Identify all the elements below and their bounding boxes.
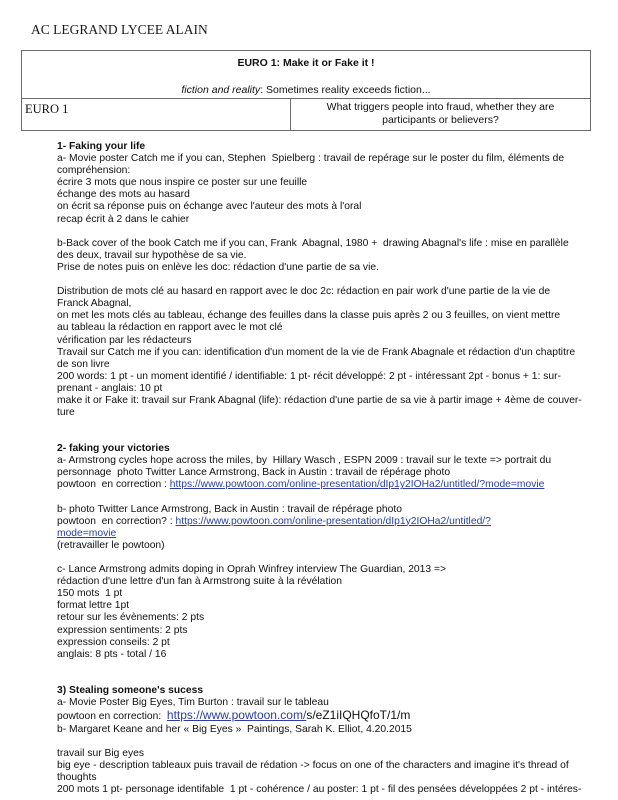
- course-info-table: EURO 1: Make it or Fake it ! fiction and…: [21, 50, 591, 131]
- section-2-a: a- Armstrong cycles hope across the mile…: [57, 455, 567, 491]
- text-line: b- photo Twitter Lance Armstrong, Back i…: [57, 504, 567, 516]
- spacer: [57, 736, 567, 748]
- section-2-b: b- photo Twitter Lance Armstrong, Back i…: [57, 504, 567, 552]
- text-line: ture: [57, 407, 567, 419]
- section-1-b: b-Back cover of the book Catch me if you…: [57, 238, 567, 274]
- text-line: 200 words: 1 pt - un moment identifié / …: [57, 371, 567, 383]
- text-line: format lettre 1pt: [57, 600, 567, 612]
- text-line: de son livre: [57, 359, 567, 371]
- subtitle-rest: : Sometimes reality exceeds fiction...: [260, 84, 430, 96]
- text-line: rédaction d'une lettre d'un fan à Armstr…: [57, 576, 567, 588]
- document-body: 1- Faking your life a- Movie poster Catc…: [57, 141, 567, 796]
- link-prefix: powtoon en correction? :: [57, 516, 176, 527]
- text-line: a- Movie poster Catch me if you can, Ste…: [57, 153, 567, 165]
- text-line: 150 mots 1 pt: [57, 588, 567, 600]
- powtoon-link-armstrong[interactable]: https://www.powtoon.com/online-presentat…: [170, 479, 545, 490]
- text-line: travail sur Big eyes: [57, 748, 567, 760]
- text-line: prenant - anglais: 10 pt: [57, 383, 567, 395]
- spacer: [57, 552, 567, 564]
- text-line: Franck Abagnal,: [57, 298, 567, 310]
- text-line: échange des mots au hasard: [57, 189, 567, 201]
- section-2-c: c- Lance Armstrong admits doping in Opra…: [57, 564, 567, 661]
- section-1-heading: 1- Faking your life: [57, 141, 567, 153]
- spacer: [57, 274, 567, 286]
- text-line: compréhension:: [57, 165, 567, 177]
- text-line: thoughts: [57, 772, 567, 784]
- text-line: retour sur les évènements: 2 pts: [57, 612, 567, 624]
- spacer: [57, 492, 567, 504]
- link-line: powtoon en correction? : https://www.pow…: [57, 516, 567, 528]
- course-title-cell: EURO 1: Make it or Fake it ! fiction and…: [22, 51, 590, 99]
- section-3-heading: 3) Stealing someone's sucess: [57, 685, 567, 697]
- link-line: powtoon en correction: https://www.powto…: [57, 709, 567, 724]
- text-line: make it or Fake it: travail sur Frank Ab…: [57, 395, 567, 407]
- text-line: expression conseils: 2 pt: [57, 637, 567, 649]
- section-1-c: Distribution de mots clé au hasard en ra…: [57, 286, 567, 419]
- course-question: What triggers people into fraud, whether…: [291, 99, 590, 130]
- question-line-2: participants or believers?: [291, 114, 590, 127]
- text-line: big eye - description tableaux puis trav…: [57, 760, 567, 772]
- text-line: Travail sur Catch me if you can: identif…: [57, 347, 567, 359]
- school-header: AC LEGRAND LYCEE ALAIN: [31, 22, 208, 38]
- course-subtitle: fiction and reality: Sometimes reality e…: [22, 84, 590, 96]
- text-line: au tableau la rédaction en rapport avec …: [57, 322, 567, 334]
- link-line: powtoon en correction : https://www.powt…: [57, 479, 567, 491]
- text-line: personnage photo Twitter Lance Armstrong…: [57, 467, 567, 479]
- spacer: [57, 226, 567, 238]
- text-line: des deux, travail sur hypothèse de sa vi…: [57, 250, 567, 262]
- section-1-a: a- Movie poster Catch me if you can, Ste…: [57, 153, 567, 226]
- text-line: on met les mots clés au tableau, échange…: [57, 310, 567, 322]
- powtoon-link-photo-cont[interactable]: mode=movie: [57, 528, 116, 539]
- course-level: EURO 1: [22, 99, 291, 130]
- link-line: mode=movie: [57, 528, 567, 540]
- link-prefix: powtoon en correction:: [57, 711, 167, 722]
- link-suffix: s/eZ1iIQHQfoT/1/m: [306, 708, 410, 722]
- course-title: EURO 1: Make it or Fake it !: [22, 57, 590, 69]
- text-line: recap écrit à 2 dans le cahier: [57, 214, 567, 226]
- text-line: (retravailler le powtoon): [57, 540, 567, 552]
- text-line: a- Armstrong cycles hope across the mile…: [57, 455, 567, 467]
- text-line: anglais: 8 pts - total / 16: [57, 649, 567, 661]
- text-line: on écrit sa réponse puis on échange avec…: [57, 201, 567, 213]
- question-line-1: What triggers people into fraud, whether…: [291, 101, 590, 114]
- section-2-heading: 2- faking your victories: [57, 443, 567, 455]
- text-line: 200 mots 1 pt- personage identifable 1 p…: [57, 784, 567, 796]
- spacer: [57, 661, 567, 685]
- powtoon-link-photo[interactable]: https://www.powtoon.com/online-presentat…: [176, 516, 491, 527]
- text-line: Prise de notes puis on enlève les doc: r…: [57, 262, 567, 274]
- subtitle-italic: fiction and reality: [181, 84, 260, 96]
- text-line: Distribution de mots clé au hasard en ra…: [57, 286, 567, 298]
- text-line: expression sentiments: 2 pts: [57, 625, 567, 637]
- powtoon-link-big-eyes[interactable]: https://www.powtoon.com/: [167, 708, 306, 722]
- course-info-row: EURO 1 What triggers people into fraud, …: [22, 99, 590, 130]
- link-prefix: powtoon en correction :: [57, 479, 170, 490]
- text-line: b- Margaret Keane and her « Big Eyes » P…: [57, 724, 567, 736]
- text-line: b-Back cover of the book Catch me if you…: [57, 238, 567, 250]
- text-line: vérification par les rédacteurs: [57, 335, 567, 347]
- text-line: écrire 3 mots que nous inspire ce poster…: [57, 177, 567, 189]
- spacer: [57, 419, 567, 443]
- text-line: c- Lance Armstrong admits doping in Opra…: [57, 564, 567, 576]
